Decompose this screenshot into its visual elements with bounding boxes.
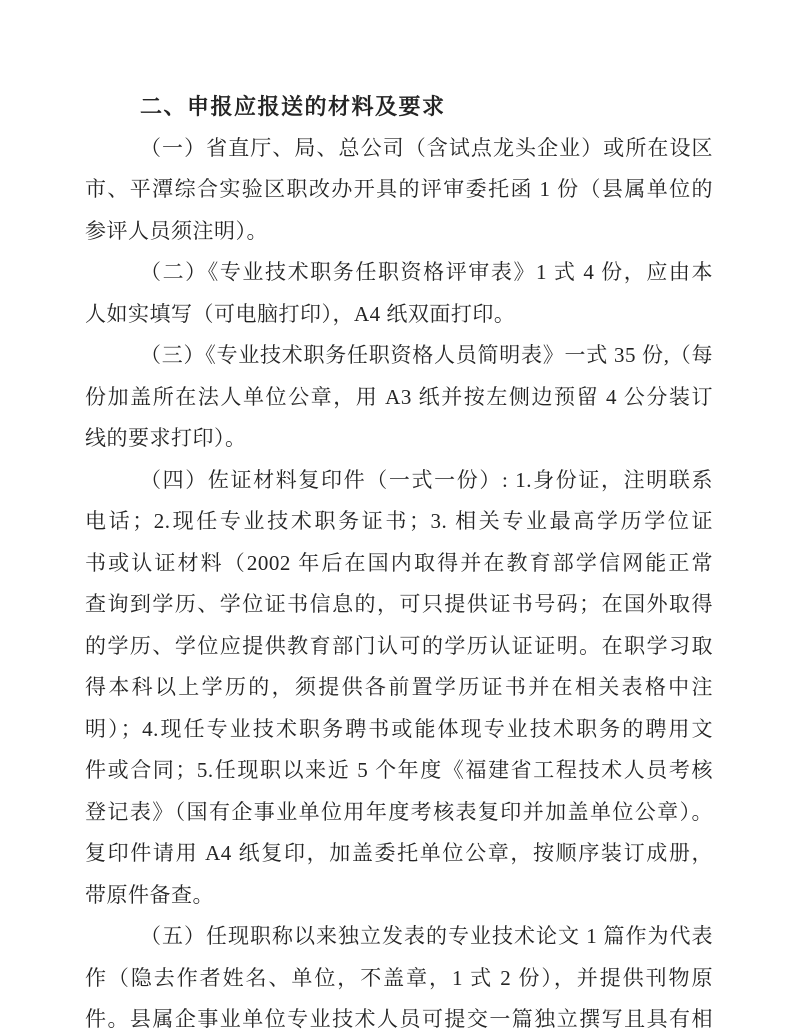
text-line: 查询到学历、学位证书信息的，可只提供证书号码；在国外取得 bbox=[85, 584, 713, 626]
text-line: 线的要求打印）。 bbox=[85, 418, 713, 460]
text-line: 登记表》（国有企事业单位用年度考核表复印并加盖单位公章）。 bbox=[85, 792, 713, 834]
text-line: 的学历、学位应提供教育部门认可的学历认证证明。在职学习取 bbox=[85, 626, 713, 668]
document-text-block: 二、申报应报送的材料及要求（一）省直厅、局、总公司（含试点龙头企业）或所在设区市… bbox=[85, 86, 713, 1036]
text-line: （一）省直厅、局、总公司（含试点龙头企业）或所在设区 bbox=[85, 128, 713, 170]
section-heading: 二、申报应报送的材料及要求 bbox=[85, 86, 713, 128]
text-line: 得本科以上学历的，须提供各前置学历证书并在相关表格中注 bbox=[85, 667, 713, 709]
text-line: （五）任现职称以来独立发表的专业技术论文 1 篇作为代表 bbox=[85, 916, 713, 958]
text-line: 书或认证材料（2002 年后在国内取得并在教育部学信网能正常 bbox=[85, 543, 713, 585]
text-line: 参评人员须注明）。 bbox=[85, 211, 713, 253]
text-line: 带原件备查。 bbox=[85, 875, 713, 917]
document-page: 二、申报应报送的材料及要求（一）省直厅、局、总公司（含试点龙头企业）或所在设区市… bbox=[0, 0, 795, 1036]
text-line: 件。县属企事业单位专业技术人员可提交一篇独立撰写且具有相 bbox=[85, 999, 713, 1036]
text-line: 电话；2.现任专业技术职务证书；3. 相关专业最高学历学位证 bbox=[85, 501, 713, 543]
text-line: 市、平潭综合实验区职改办开具的评审委托函 1 份（县属单位的 bbox=[85, 169, 713, 211]
text-line: （四）佐证材料复印件（一式一份）: 1.身份证，注明联系 bbox=[85, 460, 713, 502]
text-line: 份加盖所在法人单位公章，用 A3 纸并按左侧边预留 4 公分装订 bbox=[85, 377, 713, 419]
text-line: （二）《专业技术职务任职资格评审表》1 式 4 份，应由本 bbox=[85, 252, 713, 294]
text-line: 作（隐去作者姓名、单位，不盖章，1 式 2 份），并提供刊物原 bbox=[85, 958, 713, 1000]
text-line: 人如实填写（可电脑打印），A4 纸双面打印。 bbox=[85, 294, 713, 336]
text-line: 件或合同；5.任现职以来近 5 个年度《福建省工程技术人员考核 bbox=[85, 750, 713, 792]
text-line: （三）《专业技术职务任职资格人员简明表》一式 35 份,（每 bbox=[85, 335, 713, 377]
text-line: 复印件请用 A4 纸复印，加盖委托单位公章，按顺序装订成册， bbox=[85, 833, 713, 875]
text-line: 明）；4.现任专业技术职务聘书或能体现专业技术职务的聘用文 bbox=[85, 709, 713, 751]
